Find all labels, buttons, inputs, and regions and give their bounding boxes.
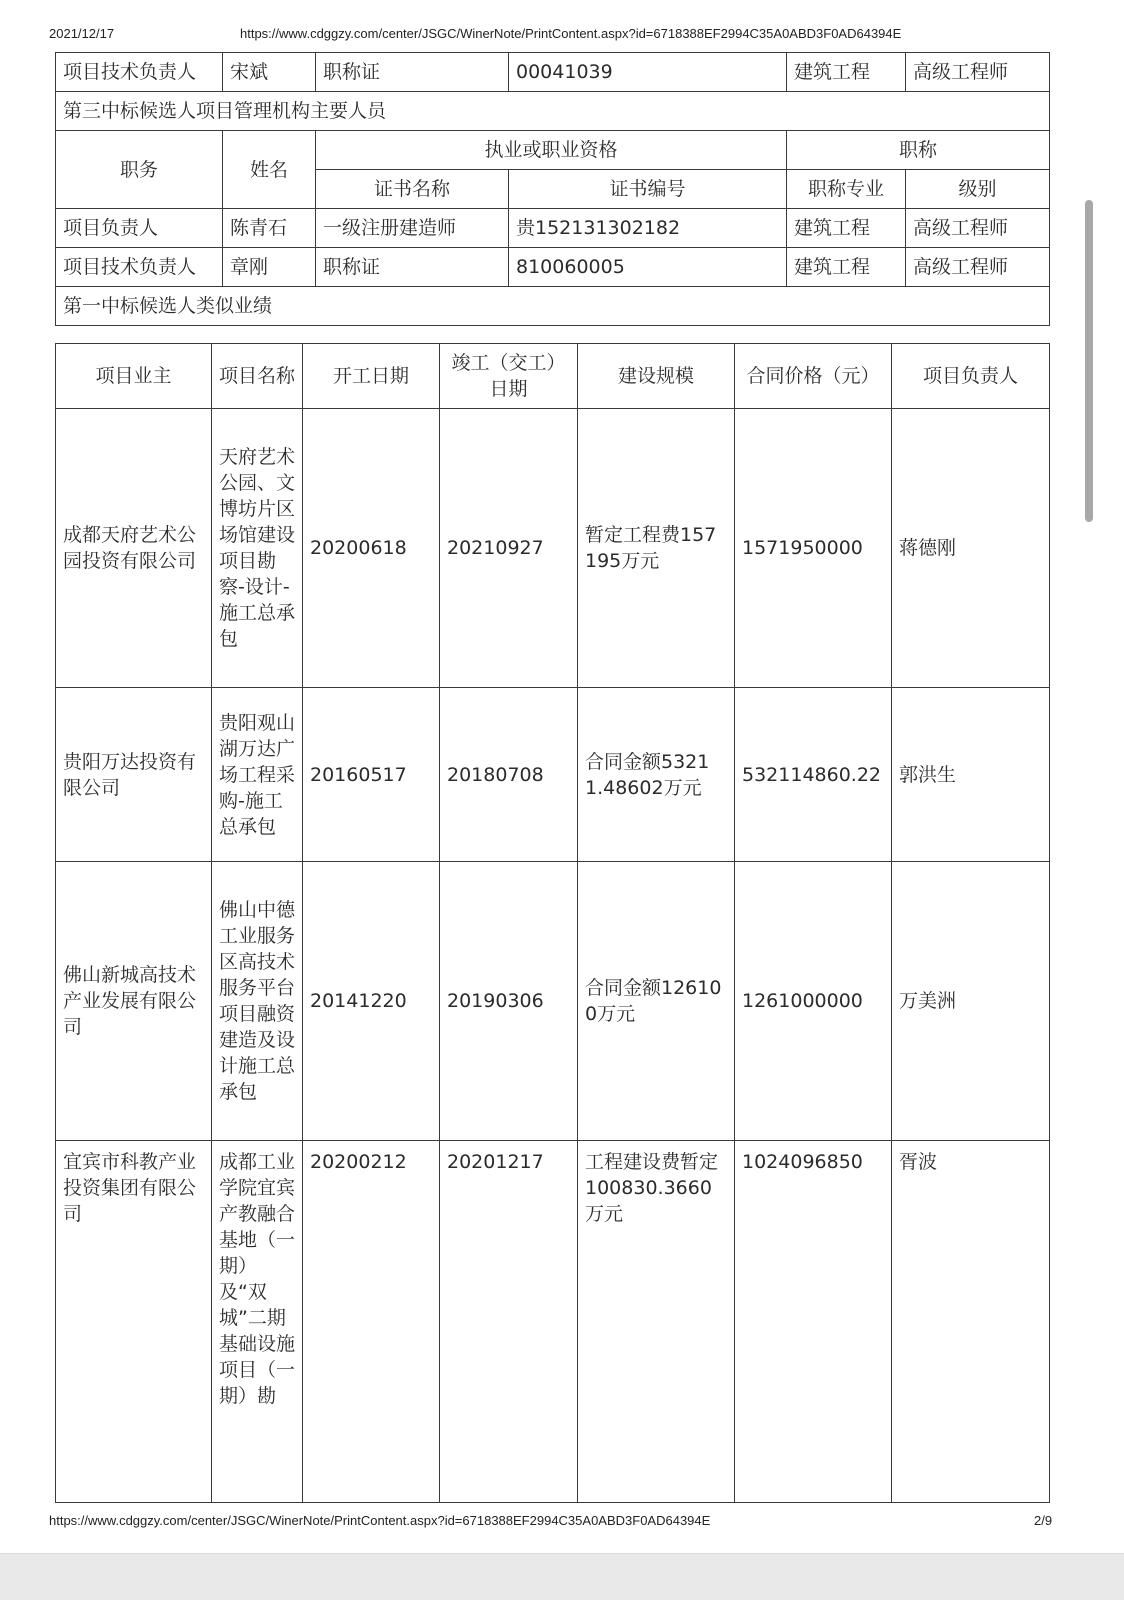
table-row: 佛山新城高技术产业发展有限公司 佛山中德工业服务区高技术服务平台项目融资建造及设… bbox=[56, 862, 1050, 1141]
project-name-cell: 贵阳观山湖万达广场工程采购-施工总承包 bbox=[212, 688, 303, 862]
scale-cell: 暂定工程费157195万元 bbox=[578, 409, 735, 688]
name-cell: 章刚 bbox=[223, 248, 316, 287]
table-row: 贵阳万达投资有限公司 贵阳观山湖万达广场工程采购-施工总承包 20160517 … bbox=[56, 688, 1050, 862]
header-row: 职务 姓名 执业或职业资格 职称 bbox=[56, 131, 1050, 170]
table-row: 项目负责人 陈青石 一级注册建造师 贵152131302182 建筑工程 高级工… bbox=[56, 209, 1050, 248]
project-name-cell: 天府艺术公园、文博坊片区场馆建设项目勘察-设计-施工总承包 bbox=[212, 409, 303, 688]
viewer-bottom-bar bbox=[0, 1553, 1124, 1600]
name-cell: 陈青石 bbox=[223, 209, 316, 248]
header-contract-price: 合同价格（元） bbox=[735, 344, 892, 409]
role-cell: 项目技术负责人 bbox=[56, 53, 223, 92]
header-owner: 项目业主 bbox=[56, 344, 212, 409]
page-number: 2/9 bbox=[1034, 1513, 1052, 1528]
scale-cell: 合同金额126100万元 bbox=[578, 862, 735, 1141]
print-header-date: 2021/12/17 bbox=[49, 26, 114, 41]
table-row: 项目技术负责人 宋斌 职称证 00041039 建筑工程 高级工程师 bbox=[56, 53, 1050, 92]
scale-cell: 合同金额53211.48602万元 bbox=[578, 688, 735, 862]
header-project-manager: 项目负责人 bbox=[892, 344, 1050, 409]
completion-date-cell: 20210927 bbox=[440, 409, 578, 688]
performance-table: 项目业主 项目名称 开工日期 竣工（交工）日期 建设规模 合同价格（元） 项目负… bbox=[55, 343, 1050, 1503]
print-header-url: https://www.cdggzy.com/center/JSGC/Winer… bbox=[240, 26, 901, 41]
completion-date-cell: 20180708 bbox=[440, 688, 578, 862]
owner-cell: 佛山新城高技术产业发展有限公司 bbox=[56, 862, 212, 1141]
page-bottom-margin bbox=[0, 1503, 1124, 1553]
header-project-name: 项目名称 bbox=[212, 344, 303, 409]
header-cert-name: 证书名称 bbox=[316, 170, 509, 209]
section-title-row: 第三中标候选人项目管理机构主要人员 bbox=[56, 92, 1050, 131]
completion-date-cell: 20201217 bbox=[440, 1141, 578, 1503]
header-title-major: 职称专业 bbox=[787, 170, 906, 209]
start-date-cell: 20200618 bbox=[303, 409, 440, 688]
contract-price-cell: 1261000000 bbox=[735, 862, 892, 1141]
scale-cell: 工程建设费暂定100830.3660万元 bbox=[578, 1141, 735, 1503]
cert-no-cell: 810060005 bbox=[509, 248, 787, 287]
project-manager-cell: 胥波 bbox=[892, 1141, 1050, 1503]
header-name: 姓名 bbox=[223, 131, 316, 209]
contract-price-cell: 532114860.22 bbox=[735, 688, 892, 862]
header-title: 职称 bbox=[787, 131, 1050, 170]
section-title: 第一中标候选人类似业绩 bbox=[56, 287, 1050, 326]
cert-no-cell: 贵152131302182 bbox=[509, 209, 787, 248]
table-row: 成都天府艺术公园投资有限公司 天府艺术公园、文博坊片区场馆建设项目勘察-设计-施… bbox=[56, 409, 1050, 688]
contract-price-cell: 1024096850 bbox=[735, 1141, 892, 1503]
role-cell: 项目负责人 bbox=[56, 209, 223, 248]
title-major-cell: 建筑工程 bbox=[787, 53, 906, 92]
project-manager-cell: 蒋德刚 bbox=[892, 409, 1050, 688]
personnel-table: 项目技术负责人 宋斌 职称证 00041039 建筑工程 高级工程师 第三中标候… bbox=[55, 52, 1050, 326]
cert-name-cell: 职称证 bbox=[316, 248, 509, 287]
header-cert-no: 证书编号 bbox=[509, 170, 787, 209]
header-title-level: 级别 bbox=[906, 170, 1050, 209]
section-title: 第三中标候选人项目管理机构主要人员 bbox=[56, 92, 1050, 131]
header-row: 项目业主 项目名称 开工日期 竣工（交工）日期 建设规模 合同价格（元） 项目负… bbox=[56, 344, 1050, 409]
header-qualification: 执业或职业资格 bbox=[316, 131, 787, 170]
vertical-scrollbar[interactable] bbox=[1085, 200, 1093, 522]
start-date-cell: 20141220 bbox=[303, 862, 440, 1141]
name-cell: 宋斌 bbox=[223, 53, 316, 92]
cert-name-cell: 一级注册建造师 bbox=[316, 209, 509, 248]
print-footer-url: https://www.cdggzy.com/center/JSGC/Winer… bbox=[49, 1513, 710, 1528]
owner-cell: 宜宾市科教产业投资集团有限公司 bbox=[56, 1141, 212, 1503]
title-level-cell: 高级工程师 bbox=[906, 53, 1050, 92]
cert-name-cell: 职称证 bbox=[316, 53, 509, 92]
table-row: 项目技术负责人 章刚 职称证 810060005 建筑工程 高级工程师 bbox=[56, 248, 1050, 287]
start-date-cell: 20200212 bbox=[303, 1141, 440, 1503]
section-title-row: 第一中标候选人类似业绩 bbox=[56, 287, 1050, 326]
role-cell: 项目技术负责人 bbox=[56, 248, 223, 287]
table-row: 宜宾市科教产业投资集团有限公司 成都工业学院宜宾产教融合基地（一期）及“双城”二… bbox=[56, 1141, 1050, 1503]
owner-cell: 成都天府艺术公园投资有限公司 bbox=[56, 409, 212, 688]
start-date-cell: 20160517 bbox=[303, 688, 440, 862]
project-name-cell: 成都工业学院宜宾产教融合基地（一期）及“双城”二期基础设施项目（一期）勘 bbox=[212, 1141, 303, 1503]
cert-no-cell: 00041039 bbox=[509, 53, 787, 92]
completion-date-cell: 20190306 bbox=[440, 862, 578, 1141]
header-start-date: 开工日期 bbox=[303, 344, 440, 409]
title-major-cell: 建筑工程 bbox=[787, 248, 906, 287]
project-name-cell: 佛山中德工业服务区高技术服务平台项目融资建造及设计施工总承包 bbox=[212, 862, 303, 1141]
contract-price-cell: 1571950000 bbox=[735, 409, 892, 688]
title-major-cell: 建筑工程 bbox=[787, 209, 906, 248]
header-role: 职务 bbox=[56, 131, 223, 209]
project-manager-cell: 万美洲 bbox=[892, 862, 1050, 1141]
owner-cell: 贵阳万达投资有限公司 bbox=[56, 688, 212, 862]
title-level-cell: 高级工程师 bbox=[906, 248, 1050, 287]
project-manager-cell: 郭洪生 bbox=[892, 688, 1050, 862]
header-completion-date: 竣工（交工）日期 bbox=[440, 344, 578, 409]
header-scale: 建设规模 bbox=[578, 344, 735, 409]
title-level-cell: 高级工程师 bbox=[906, 209, 1050, 248]
